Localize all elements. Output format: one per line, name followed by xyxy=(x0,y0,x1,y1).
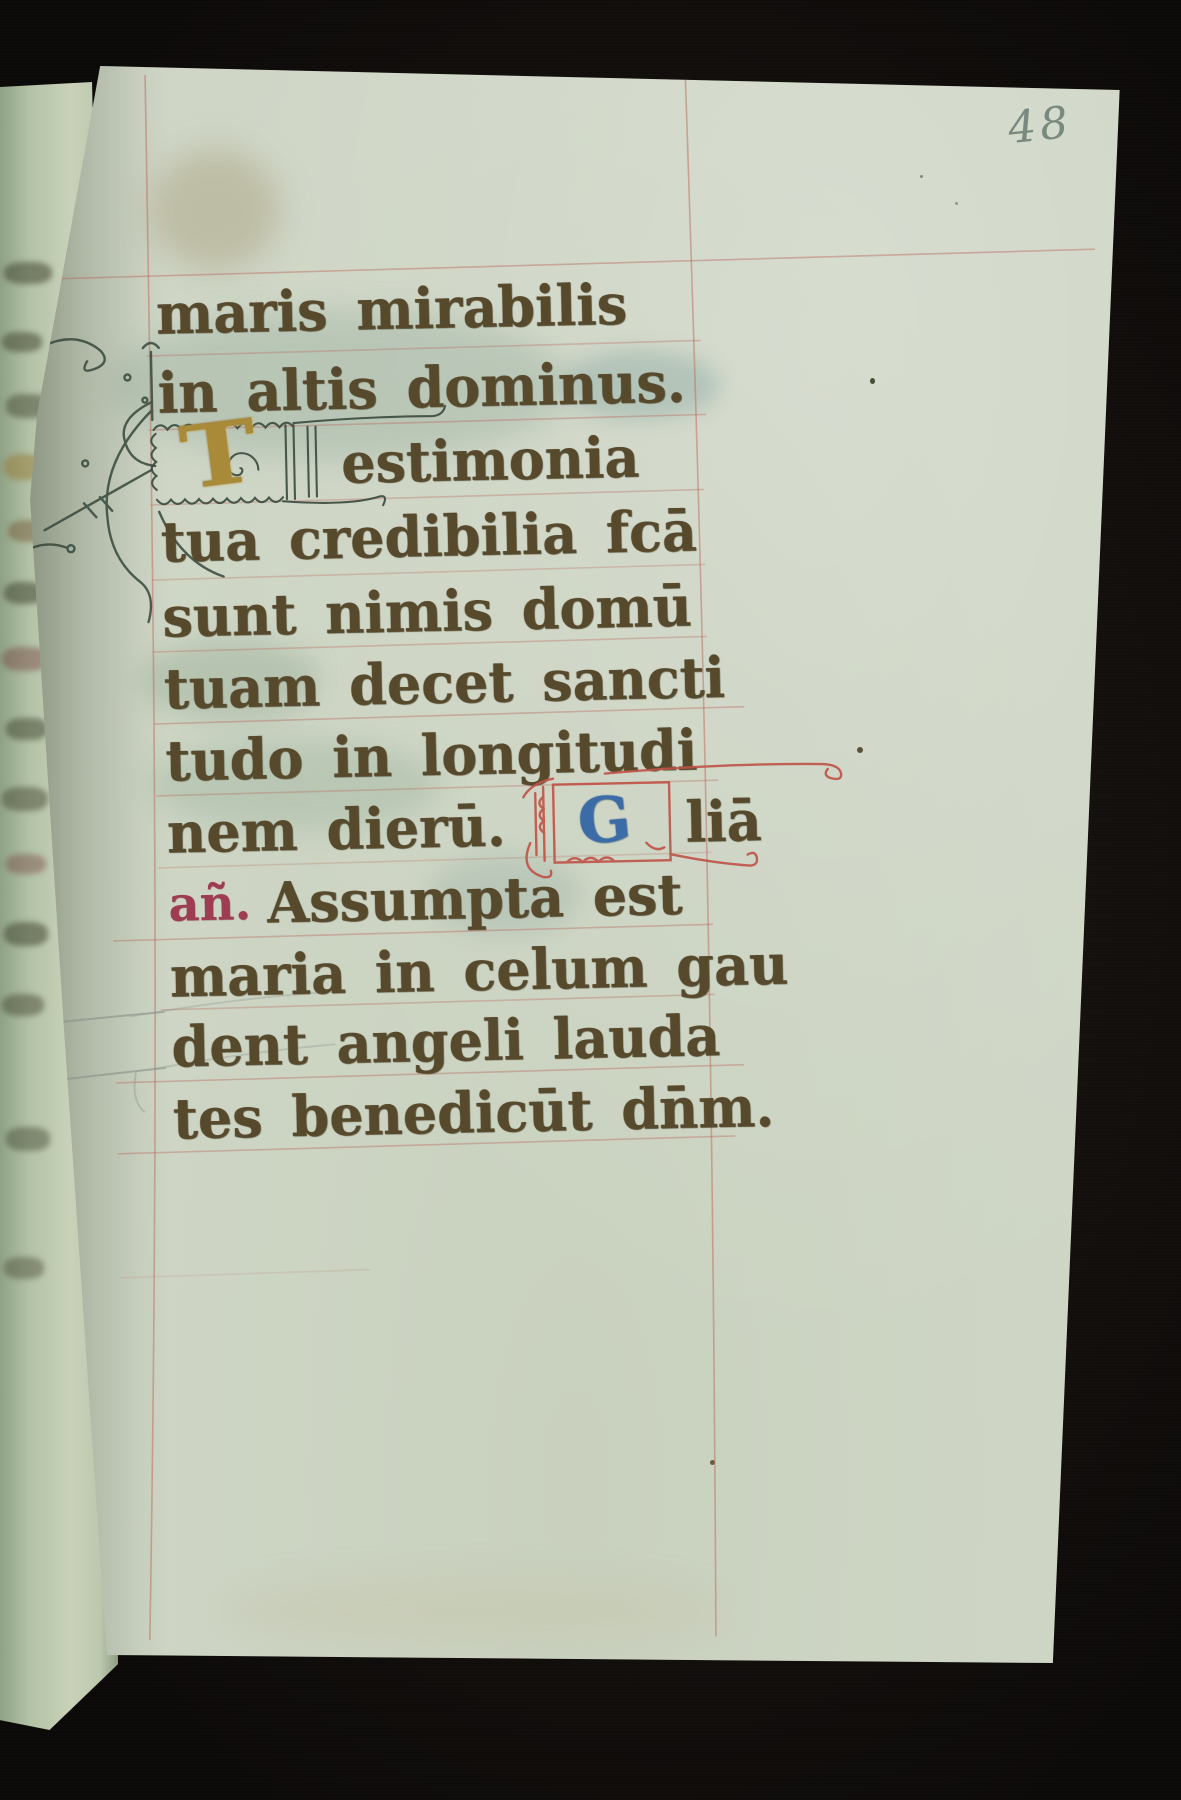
page-content: maris mirabilis in altis dominus. estimo… xyxy=(15,39,1162,1677)
initial-G-letter: G xyxy=(574,781,633,858)
line-text: nem dierū. xyxy=(166,792,506,866)
line-text-after-initial: liā xyxy=(685,787,762,855)
initial-T-letter: T xyxy=(175,400,263,510)
line-text: tes benedicūt dn̄m. xyxy=(172,1073,775,1152)
bleedthrough-mark xyxy=(6,1127,50,1151)
bleedthrough-mark xyxy=(4,922,48,946)
line-text: dent angeli lauda xyxy=(171,1002,721,1080)
line-text: tuam decet sancti xyxy=(163,644,725,722)
bleedthrough-mark xyxy=(4,1257,44,1279)
bleedthrough-mark xyxy=(6,718,48,740)
text-line: maris mirabilis xyxy=(155,264,756,351)
photograph-frame: maris mirabilis in altis dominus. estimo… xyxy=(0,0,1181,1800)
bleedthrough-mark xyxy=(2,787,48,811)
line-text: sunt nimis domū xyxy=(162,572,693,650)
antiphon-mark: añ. xyxy=(168,875,252,933)
manuscript-page: maris mirabilis in altis dominus. estimo… xyxy=(20,60,1133,1675)
illuminated-initial-G: G xyxy=(551,780,677,867)
illuminated-initial-T: T xyxy=(145,412,347,516)
bleedthrough-mark xyxy=(2,332,42,352)
bleedthrough-mark xyxy=(6,854,46,874)
bleedthrough-mark xyxy=(2,994,44,1016)
text-line: tes benedicūt dn̄m. xyxy=(172,1069,773,1156)
line-text: Assumpta est xyxy=(266,861,683,936)
folio-number: 48 xyxy=(1006,97,1075,154)
bleedthrough-mark xyxy=(4,262,52,284)
line-text: maris mirabilis xyxy=(155,271,627,347)
